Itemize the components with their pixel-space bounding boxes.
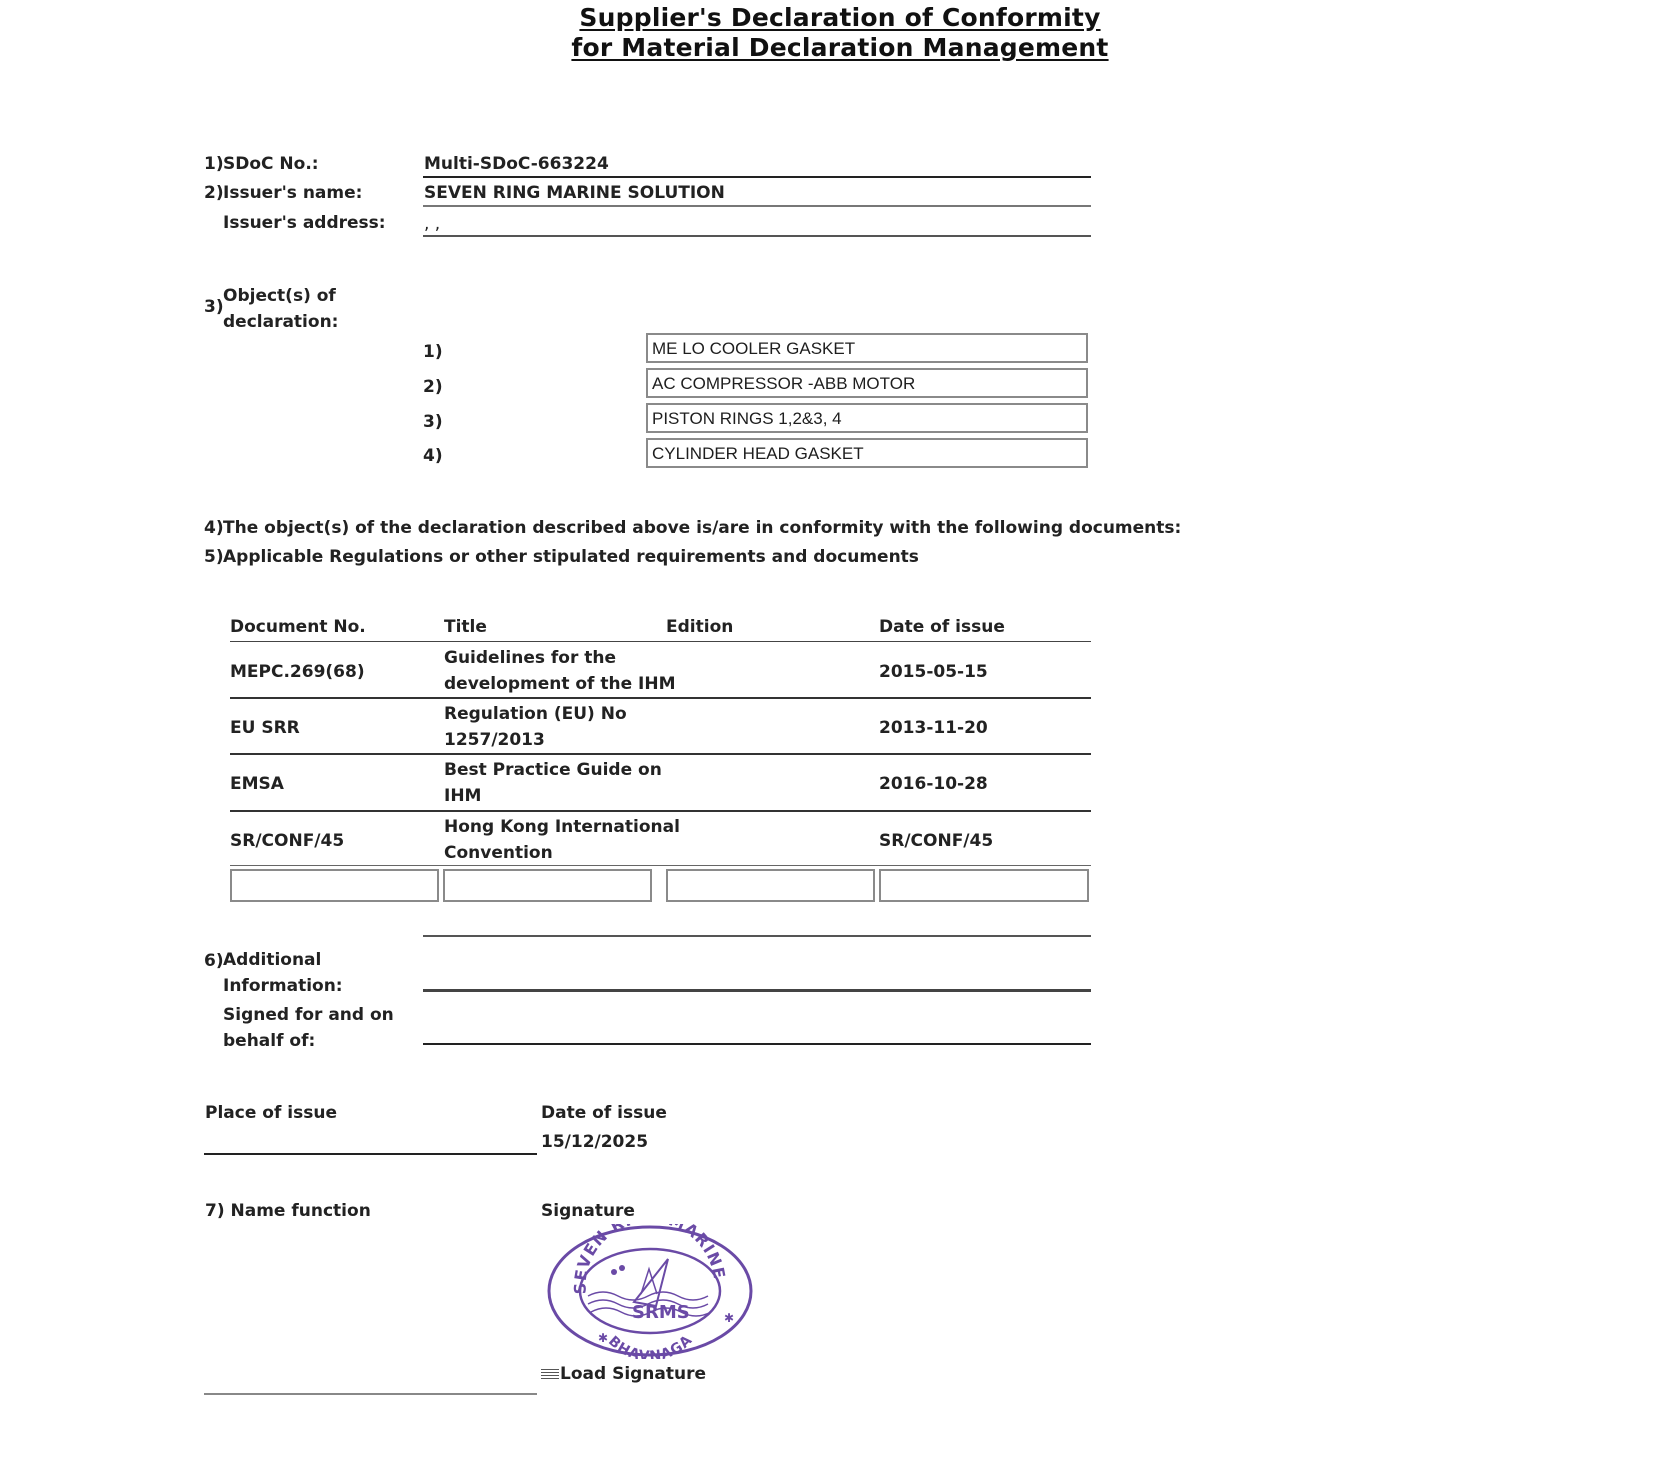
row-divider bbox=[230, 753, 1091, 755]
cell-title: Guidelines for the development of the IH… bbox=[444, 645, 676, 697]
col-header-date: Date of issue bbox=[879, 617, 1005, 637]
place-of-issue-input[interactable] bbox=[204, 1125, 537, 1153]
conformity-statement: 4)The object(s) of the declaration descr… bbox=[204, 518, 1181, 538]
cell-doc-no: EU SRR bbox=[230, 715, 300, 741]
sdoc-no-value[interactable]: Multi-SDoC-663224 bbox=[424, 154, 609, 174]
object-input-3[interactable]: PISTON RINGS 1,2&3, 4 bbox=[646, 403, 1088, 433]
place-of-issue-underline bbox=[204, 1153, 537, 1155]
additional-info-number: 6) bbox=[204, 951, 224, 971]
object-num-1: 1) bbox=[423, 342, 443, 362]
additional-info-underline bbox=[423, 989, 1091, 992]
signed-for-input[interactable] bbox=[423, 993, 1091, 1043]
object-input-1[interactable]: ME LO COOLER GASKET bbox=[646, 333, 1088, 363]
name-function-label: 7) Name function bbox=[205, 1201, 371, 1221]
header-divider bbox=[230, 641, 1091, 642]
cell-title: Best Practice Guide on IHM bbox=[444, 757, 662, 809]
issuer-name-underline bbox=[423, 205, 1091, 207]
place-of-issue-label: Place of issue bbox=[205, 1103, 337, 1123]
object-input-4[interactable]: CYLINDER HEAD GASKET bbox=[646, 438, 1088, 468]
issuer-address-label: Issuer's address: bbox=[223, 213, 386, 233]
col-header-doc-no: Document No. bbox=[230, 617, 366, 637]
signature-label: Signature bbox=[541, 1201, 635, 1221]
load-signature-label: Load Signature bbox=[560, 1364, 706, 1384]
additional-info-top-line bbox=[423, 935, 1091, 937]
sdoc-no-underline bbox=[423, 176, 1091, 178]
issuer-address-value[interactable]: , , bbox=[424, 214, 440, 234]
cell-date: 2016-10-28 bbox=[879, 771, 988, 797]
date-of-issue-label: Date of issue bbox=[541, 1103, 667, 1123]
new-title-input[interactable] bbox=[443, 869, 652, 902]
svg-text:✱: ✱ bbox=[598, 1331, 608, 1345]
signed-for-underline bbox=[423, 1043, 1091, 1045]
name-function-input[interactable] bbox=[204, 1225, 537, 1393]
cell-date: 2015-05-15 bbox=[879, 659, 988, 685]
svg-text:✱: ✱ bbox=[724, 1311, 734, 1325]
cell-date: 2013-11-20 bbox=[879, 715, 988, 741]
object-num-2: 2) bbox=[423, 377, 443, 397]
company-stamp-image: SEVEN RING MARINE SOLUTION BHAVNAGAR SRM… bbox=[546, 1224, 756, 1359]
issuer-name-value[interactable]: SEVEN RING MARINE SOLUTION bbox=[424, 183, 725, 203]
title-line-1: Supplier's Declaration of Conformity bbox=[0, 3, 1655, 32]
row-divider bbox=[230, 810, 1091, 812]
objects-number: 3) bbox=[204, 297, 224, 317]
stamp-seal-icon: SEVEN RING MARINE SOLUTION BHAVNAGAR SRM… bbox=[546, 1224, 756, 1359]
svg-text:BHAVNAGAR: BHAVNAGAR bbox=[546, 1224, 696, 1359]
row-divider bbox=[230, 697, 1091, 699]
col-header-edition: Edition bbox=[666, 617, 733, 637]
new-edition-input[interactable] bbox=[666, 869, 875, 902]
object-num-3: 3) bbox=[423, 412, 443, 432]
row-divider bbox=[230, 865, 1091, 866]
cell-doc-no: SR/CONF/45 bbox=[230, 828, 344, 854]
cell-title: Hong Kong International Convention bbox=[444, 814, 680, 866]
name-function-underline bbox=[204, 1393, 537, 1395]
object-num-4: 4) bbox=[423, 446, 443, 466]
additional-info-input[interactable] bbox=[423, 938, 1091, 989]
sdoc-no-label: 1)SDoC No.: bbox=[204, 154, 319, 174]
object-input-2[interactable]: AC COMPRESSOR -ABB MOTOR bbox=[646, 368, 1088, 398]
title-line-2: for Material Declaration Management bbox=[0, 33, 1655, 62]
cell-title: Regulation (EU) No 1257/2013 bbox=[444, 701, 627, 753]
cell-date: SR/CONF/45 bbox=[879, 828, 993, 854]
issuer-name-label: 2)Issuer's name: bbox=[204, 183, 362, 203]
list-icon bbox=[541, 1369, 559, 1380]
page-title: Supplier's Declaration of Conformity for… bbox=[0, 3, 1655, 62]
additional-info-label: Additional Information: bbox=[223, 947, 343, 999]
cell-doc-no: MEPC.269(68) bbox=[230, 659, 365, 685]
signed-for-label: Signed for and on behalf of: bbox=[223, 1002, 394, 1054]
regulations-heading: 5)Applicable Regulations or other stipul… bbox=[204, 547, 919, 567]
svg-text:SRMS: SRMS bbox=[632, 1302, 690, 1323]
svg-text:SEVEN RING MARINE SOLUTION: SEVEN RING MARINE SOLUTION bbox=[546, 1224, 729, 1294]
col-header-title: Title bbox=[444, 617, 487, 637]
load-signature-button[interactable]: Load Signature bbox=[541, 1364, 706, 1384]
objects-label: Object(s) of declaration: bbox=[223, 283, 338, 335]
new-date-input[interactable] bbox=[879, 869, 1089, 902]
new-doc-no-input[interactable] bbox=[230, 869, 439, 902]
cell-doc-no: EMSA bbox=[230, 771, 284, 797]
date-of-issue-value[interactable]: 15/12/2025 bbox=[541, 1132, 648, 1152]
issuer-address-underline bbox=[423, 235, 1091, 237]
